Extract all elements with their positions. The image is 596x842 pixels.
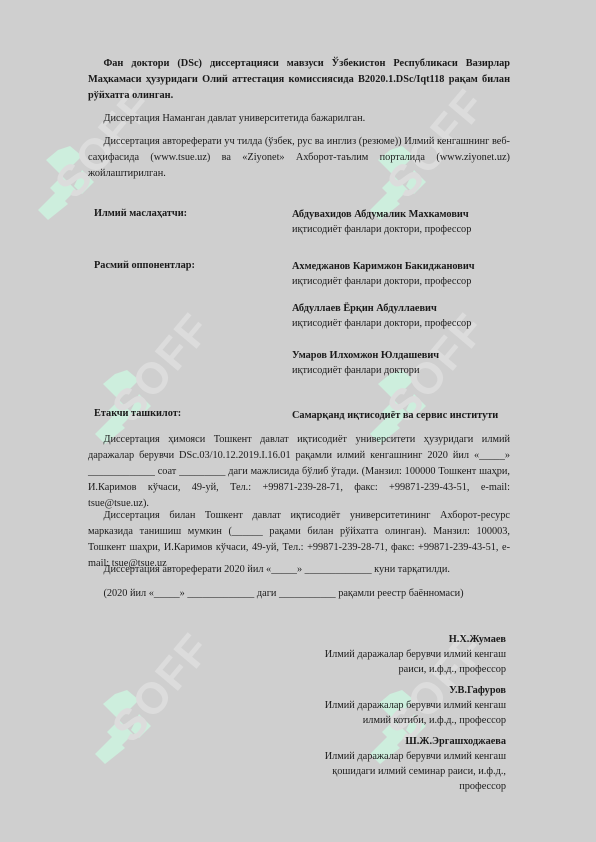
leading-org-name: Самарқанд иқтисодиёт ва сервис институти [292, 408, 498, 423]
opponent: Абдуллаев Ёрқин Абдуллаевич иқтисодиёт ф… [292, 301, 471, 331]
opponent-name: Ахмеджанов Каримжон Бакиджанович [292, 259, 475, 274]
advisor-title: иқтисодиёт фанлари доктори, профессор [292, 222, 471, 237]
opponent-title: иқтисодиёт фанлари доктори, профессор [292, 274, 475, 289]
opponent-name: Умаров Илхомжон Юлдашевич [292, 348, 439, 363]
opponent-title: иқтисодиёт фанлари доктори [292, 363, 439, 378]
header-paragraph: Фан доктори (DSc) диссертацияси мавзуси … [88, 56, 510, 104]
advisor-label: Илмий маслаҳатчи: [94, 208, 187, 219]
signature-line: профессор [286, 779, 506, 794]
publication-note-paragraph: Диссертация автореферати уч тилда (ўзбек… [88, 134, 510, 182]
signature-name: Н.Х.Жумаев [286, 632, 506, 647]
distributed-line: Диссертация автореферати 2020 йил «_____… [88, 562, 510, 578]
signature-line: Илмий даражалар берувчи илмий кенгаш [286, 698, 506, 713]
signature-block: Н.Х.Жумаев Илмий даражалар берувчи илмий… [286, 632, 506, 677]
signature-name: Ш.Ж.Эргашходжаева [286, 734, 506, 749]
advisor: Абдувахидов Абдумалик Махкамович иқтисод… [292, 207, 471, 237]
opponent: Умаров Илхомжон Юлдашевич иқтисодиёт фан… [292, 348, 439, 378]
advisor-name: Абдувахидов Абдумалик Махкамович [292, 207, 471, 222]
opponent-name: Абдуллаев Ёрқин Абдуллаевич [292, 301, 471, 316]
signature-line: илмий котиби, и.ф.д., профессор [286, 713, 506, 728]
signature-block: Ш.Ж.Эргашходжаева Илмий даражалар берувч… [286, 734, 506, 794]
signature-line: Илмий даражалар берувчи илмий кенгаш [286, 647, 506, 662]
signature-name: У.В.Гафуров [286, 683, 506, 698]
signature-line: Илмий даражалар берувчи илмий кенгаш [286, 749, 506, 764]
signature-line: қошидаги илмий семинар раиси, и.ф.д., [286, 764, 506, 779]
opponents-label: Расмий оппонентлар: [94, 260, 195, 271]
opponent: Ахмеджанов Каримжон Бакиджанович иқтисод… [292, 259, 475, 289]
completed-at-paragraph: Диссертация Наманган давлат университети… [88, 111, 510, 127]
soff-logo-icon [95, 690, 153, 764]
leading-org-label: Етакчи ташкилот: [94, 408, 181, 419]
watermark-text: SOFF [103, 624, 222, 752]
signature-block: У.В.Гафуров Илмий даражалар берувчи илми… [286, 683, 506, 728]
registry-line: (2020 йил «_____» _____________ даги ___… [88, 586, 510, 602]
opponent-title: иқтисодиёт фанлари доктори, профессор [292, 316, 471, 331]
defense-paragraph: Диссертация ҳимояси Тошкент давлат иқтис… [88, 432, 510, 512]
signature-line: раиси, и.ф.д., профессор [286, 662, 506, 677]
